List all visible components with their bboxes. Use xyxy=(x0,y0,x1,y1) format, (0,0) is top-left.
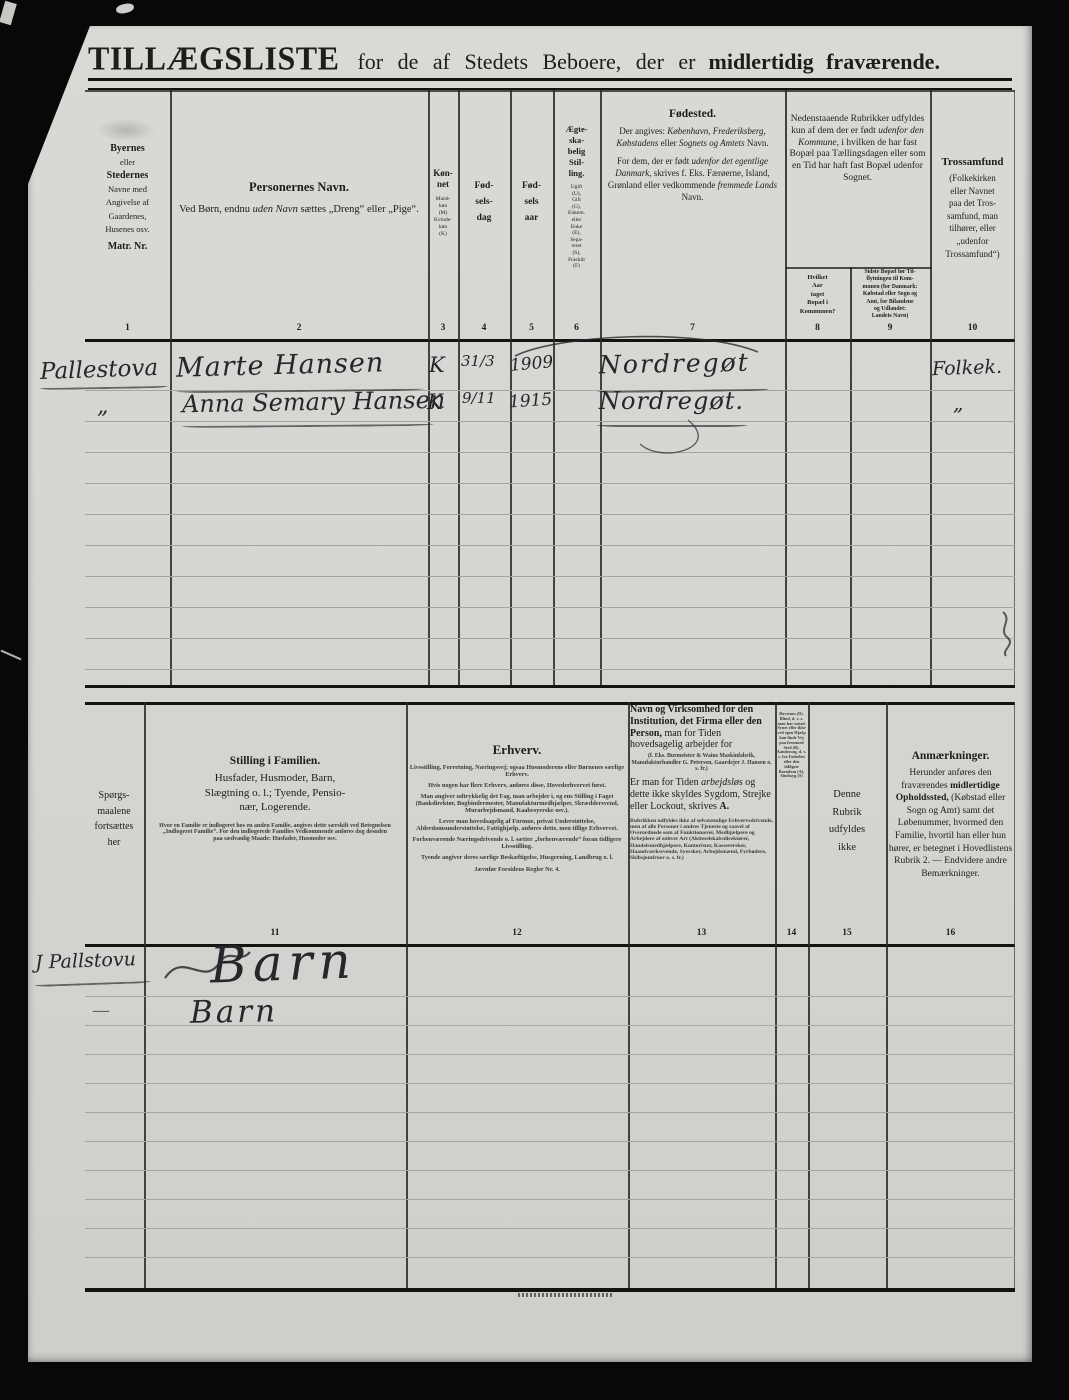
row-line xyxy=(85,607,1015,608)
row-line xyxy=(85,421,1015,422)
entry-place-ditto: — xyxy=(92,1000,110,1021)
row-line xyxy=(85,483,1015,484)
col3-head: Køn- net xyxy=(428,168,458,190)
col12-head: Erhverv. xyxy=(408,742,626,758)
col-number: 1 xyxy=(85,323,170,333)
entry-family-position: Barn xyxy=(209,931,358,994)
table2-col12-header: Erhverv. Livsstilling, Forretning, Nærin… xyxy=(408,742,626,873)
table2-margin-label: Spørgs- maalene fortsættes her xyxy=(85,788,143,850)
col2-sub: Ved Børn, endnu xyxy=(179,204,253,215)
row-line xyxy=(85,638,1015,639)
col7-head: Fødested. xyxy=(602,108,783,120)
col3-sub: Mand- køn (M) Kvinde- køn (K) xyxy=(428,196,458,238)
entry-birth-day: 31/3 xyxy=(461,352,495,370)
row-line xyxy=(85,1054,1015,1055)
entry-birth-day: 9/11 xyxy=(462,389,496,407)
table2-col16-header: Anmærkninger. Herunder anføres den fravæ… xyxy=(888,750,1013,880)
scratch-mark xyxy=(1,650,22,661)
title-bold-end: midlertidig fraværende. xyxy=(709,49,940,74)
table1-col6-header: Ægte- ska- belig Stil- ling. Ugift (U), … xyxy=(554,124,599,270)
col-number: 10 xyxy=(930,323,1015,333)
entry-birth-year: 1915 xyxy=(508,390,553,413)
paper-scrap xyxy=(0,1,17,25)
col1-line: Byernes xyxy=(86,142,169,156)
col11-fine-print: Hvor en Familie er indlogeret hos en and… xyxy=(159,823,391,844)
table1-col9-header: Sidste Bopæl før Til- flytningen til Kom… xyxy=(851,269,929,321)
col12-fine-print: Tyende angiver deres særlige Beskæftigel… xyxy=(408,854,626,861)
col-number: 13 xyxy=(628,928,775,938)
col-number: 6 xyxy=(553,323,600,333)
ink-underline xyxy=(597,423,747,427)
col10-sub: (Folkekirken eller Navnet paa det Tros- … xyxy=(932,172,1013,260)
title-main: TILLÆGSLISTE xyxy=(88,39,339,78)
entry-family-position: Barn xyxy=(190,993,279,1031)
entry-sex: K xyxy=(429,353,445,377)
table1-col8-header: Hvilket Aar taget Bopæl i Kommunen? xyxy=(786,274,849,316)
col-number: 16 xyxy=(886,928,1015,938)
col13-text: Er man for Tiden xyxy=(630,777,701,788)
col12-fine-print: Lever man hovedsagelig af Formue, privat… xyxy=(408,818,626,832)
col12-fine-print: Livsstilling, Forretning, Næringsvej; og… xyxy=(408,764,626,778)
title-rest: for de af Stedets Beboere, der er xyxy=(357,49,695,74)
col13-text-bold: A. xyxy=(719,801,729,812)
entry-place-ditto: „ xyxy=(97,394,108,419)
col7-text: For dem, der er født xyxy=(617,156,691,166)
col16-head: Anmærkninger. xyxy=(888,750,1013,762)
row-line xyxy=(85,1141,1015,1142)
row-line xyxy=(85,1257,1015,1258)
row-line xyxy=(85,669,1015,670)
col7-text: Navn. xyxy=(747,138,769,148)
col13-fine-print: Rubrikken udfyldes ikke af selvstændige … xyxy=(630,818,773,861)
table1-col4-header: Fød- sels- dag xyxy=(459,178,509,226)
col12-fine-print: Forhenværende Næringsdrivende o. l. sætt… xyxy=(408,836,626,850)
col11-head: Stilling i Familien. xyxy=(146,755,404,767)
scanned-census-page: TILLÆGSLISTE for de af Stedets Beboere, … xyxy=(0,0,1069,1400)
col-number: 12 xyxy=(406,928,628,938)
table1-col5-header: Fød- sels aar xyxy=(511,178,552,226)
col16-text: (Købstad eller Sogn og Amt) samt det Løb… xyxy=(889,793,1012,879)
row-line xyxy=(85,1199,1015,1200)
col1-line: Matr. Nr. xyxy=(86,240,169,254)
col-number: 5 xyxy=(510,323,553,333)
col-number: 15 xyxy=(808,928,886,938)
row-line xyxy=(85,514,1015,515)
row-line xyxy=(85,1228,1015,1229)
col-number: 9 xyxy=(850,323,930,333)
col6-head: Ægte- ska- belig Stil- ling. xyxy=(554,124,599,179)
table2-col15-header: Denne Rubrik udfyldes ikke xyxy=(809,786,885,856)
col2-sub-italic: uden Navn xyxy=(253,204,298,215)
paper-scrap xyxy=(115,2,134,15)
col7-text: Navn. xyxy=(682,192,704,202)
col12-fine-print: Hvis nogen har flere Erhverv, anføres di… xyxy=(408,782,626,789)
col1-line: Stedernes xyxy=(86,169,169,183)
row-line xyxy=(85,1083,1015,1084)
col12-fine-print: Man angiver udtrykkelig det Fag, man arb… xyxy=(408,793,626,814)
col2-head: Personernes Navn. xyxy=(172,180,426,195)
row-line xyxy=(85,576,1015,577)
row-line xyxy=(85,1170,1015,1171)
col1-line: Navne med Angivelse af Gaardenes, Husene… xyxy=(86,183,169,237)
paper-sheet xyxy=(28,26,1032,1362)
col12-fine-print: Jævnfør Forsidens Regler Nr. 4. xyxy=(408,866,626,873)
table2-col13-header: Navn og Virksomhed for den Institution, … xyxy=(630,704,773,861)
entry-religion: Folkek. xyxy=(932,356,1003,380)
col6-sub: Ugift (U), Gift (G), Enkem. eller Enke (… xyxy=(554,184,599,270)
entry-place: Pallestova xyxy=(40,355,159,385)
table1-col7-header: Fødested. Der angives: København, Freder… xyxy=(602,108,783,203)
entry-religion-ditto: „ xyxy=(953,391,963,415)
col-number: 8 xyxy=(785,323,850,333)
entry-birth-year: 1909 xyxy=(509,352,554,376)
row-line xyxy=(85,1112,1015,1113)
row-line xyxy=(85,545,1015,546)
pencil-smudge xyxy=(95,118,157,142)
col-number: 3 xyxy=(428,323,458,333)
col13-fine-print: (f. Eks. Burmeister & Wains Maskinfabrik… xyxy=(630,753,773,772)
table2-col11-header: Stilling i Familien. Husfader, Husmoder,… xyxy=(146,755,404,843)
entry-sex: K xyxy=(427,390,443,414)
title-double-rule xyxy=(88,78,1012,90)
col-number: 2 xyxy=(170,323,428,333)
table1-col2-header: Personernes Navn. Ved Børn, endnu uden N… xyxy=(172,180,426,217)
col1-line: eller xyxy=(86,156,169,170)
printer-imprint xyxy=(518,1293,614,1297)
entry-place: J Pallstovu xyxy=(35,948,137,974)
document-title: TILLÆGSLISTE for de af Stedets Beboere, … xyxy=(88,40,1014,77)
col7-text-italic: Sognets og Amtets xyxy=(679,138,747,148)
entry-name: Marte Hansen xyxy=(176,347,385,383)
col10-head: Trossamfund xyxy=(932,156,1013,168)
table1-col10-header: Trossamfund (Folkekirken eller Navnet pa… xyxy=(932,156,1013,260)
col13-text-italic: arbejdsløs xyxy=(701,777,743,788)
col7-text: eller xyxy=(661,138,679,148)
table1-col3-header: Køn- net Mand- køn (M) Kvinde- køn (K) xyxy=(428,168,458,238)
row-line xyxy=(85,452,1015,453)
table1-col1-header: Byernes eller Stedernes Navne med Angive… xyxy=(86,142,169,253)
col11-sub: Husfader, Husmoder, Barn, Slægtning o. l… xyxy=(146,771,404,815)
entry-birthplace: Nordregøt xyxy=(599,348,750,380)
col7-text-italic: fremmede Lands xyxy=(718,180,777,190)
col-number: 4 xyxy=(458,323,510,333)
table2-col14-header: Døvstum (D). Blind, d. v. s. man har mis… xyxy=(776,712,807,779)
col7-text: Der angives: xyxy=(619,126,667,136)
col-number: 7 xyxy=(600,323,785,333)
col-number: 14 xyxy=(775,928,808,938)
col2-sub: sættes „Dreng“ eller „Pige“. xyxy=(298,204,419,215)
table1-group89-header: Nedenstaaende Rubrikker udfyldes kun af … xyxy=(787,114,928,185)
